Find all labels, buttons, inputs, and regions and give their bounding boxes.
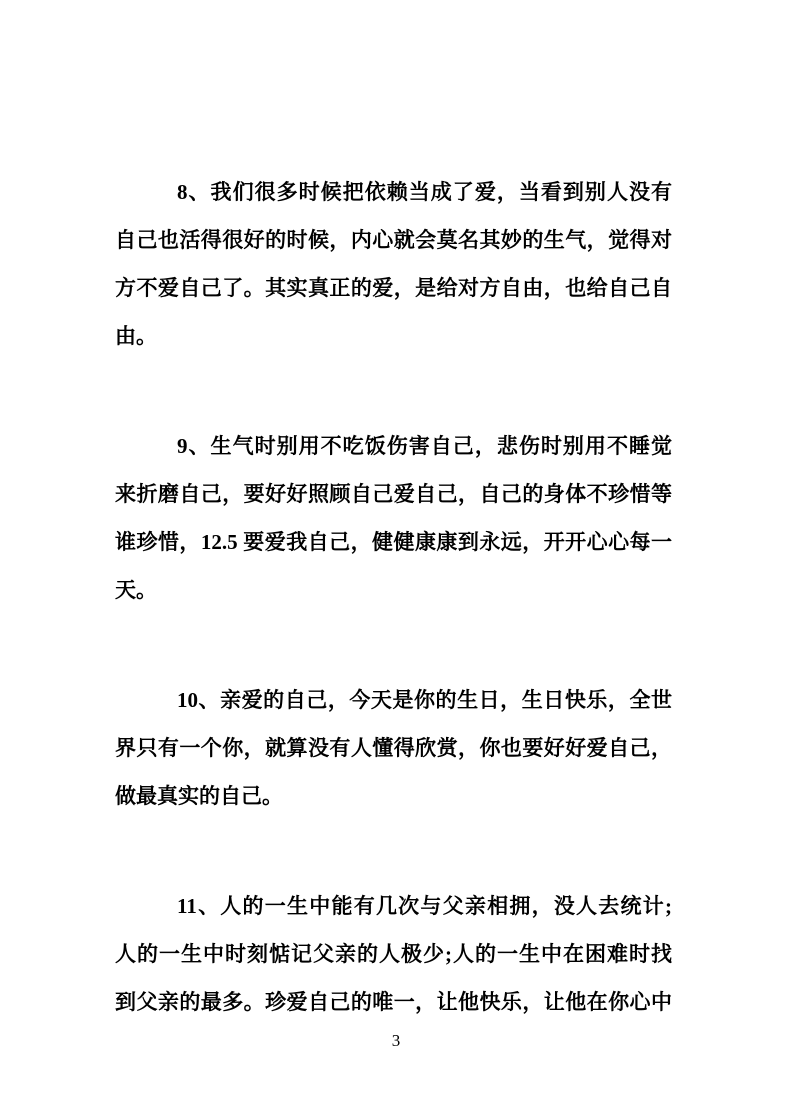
text-line: 做最真实的自己。	[115, 772, 672, 820]
text-line: 8、我们很多时候把依赖当成了爱，当看到别人没有	[115, 168, 672, 216]
text-line: 自己也活得很好的时候，内心就会莫名其妙的生气，觉得对	[115, 216, 672, 264]
text-line: 方不爱自己了。其实真正的爱，是给对方自由，也给自己自	[115, 264, 672, 312]
text-line: 到父亲的最多。珍爱自己的唯一，让他快乐，让他在你心中	[115, 978, 672, 1026]
text-line: 天。	[115, 566, 672, 614]
paragraph-9: 9、生气时别用不吃饭伤害自己，悲伤时别用不睡觉 来折磨自己，要好好照顾自己爱自己…	[115, 422, 672, 614]
text-line: 谁珍惜，12.5 要爱我自己，健健康康到永远，开开心心每一	[115, 518, 672, 566]
text-line: 界只有一个你，就算没有人懂得欣赏，你也要好好爱自己，	[115, 724, 672, 772]
page-number: 3	[0, 1031, 792, 1051]
text-line: 由。	[115, 312, 672, 360]
text-line: 11、人的一生中能有几次与父亲相拥，没人去统计;	[115, 882, 672, 930]
document-body: 8、我们很多时候把依赖当成了爱，当看到别人没有 自己也活得很好的时候，内心就会莫…	[115, 168, 672, 1026]
text-line: 10、亲爱的自己，今天是你的生日，生日快乐，全世	[115, 676, 672, 724]
document-page: 8、我们很多时候把依赖当成了爱，当看到别人没有 自己也活得很好的时候，内心就会莫…	[0, 0, 792, 1120]
text-line: 人的一生中时刻惦记父亲的人极少;人的一生中在困难时找	[115, 930, 672, 978]
paragraph-11: 11、人的一生中能有几次与父亲相拥，没人去统计; 人的一生中时刻惦记父亲的人极少…	[115, 882, 672, 1026]
paragraph-8: 8、我们很多时候把依赖当成了爱，当看到别人没有 自己也活得很好的时候，内心就会莫…	[115, 168, 672, 360]
paragraph-10: 10、亲爱的自己，今天是你的生日，生日快乐，全世 界只有一个你，就算没有人懂得欣…	[115, 676, 672, 820]
text-line: 来折磨自己，要好好照顾自己爱自己，自己的身体不珍惜等	[115, 470, 672, 518]
text-line: 9、生气时别用不吃饭伤害自己，悲伤时别用不睡觉	[115, 422, 672, 470]
